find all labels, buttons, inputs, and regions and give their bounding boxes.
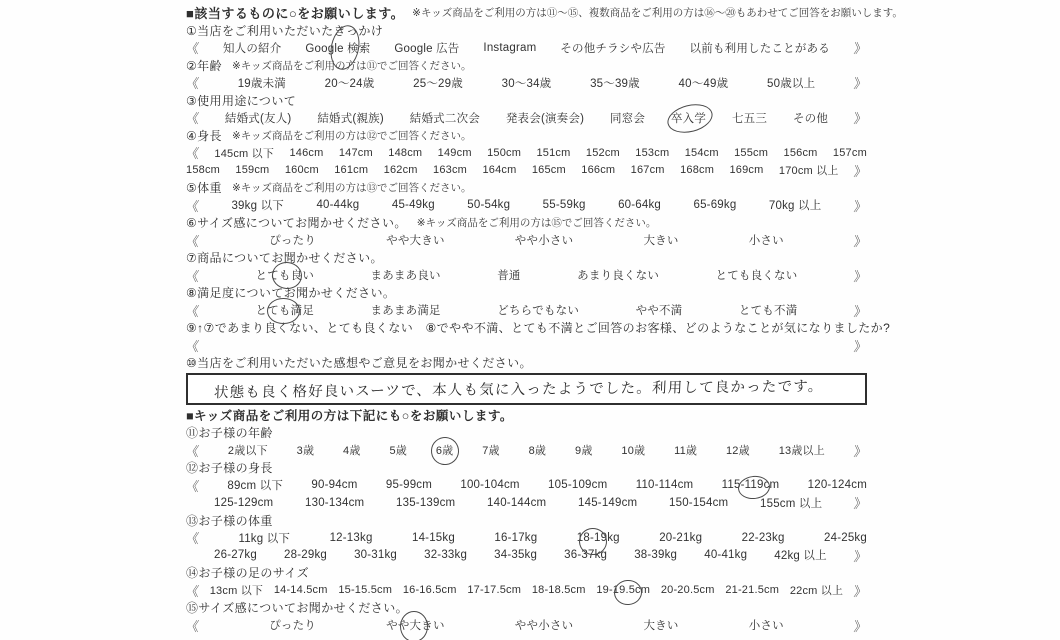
option: 26-27kg	[214, 549, 257, 561]
option: 100-104cm	[460, 479, 519, 491]
open-bracket: 《	[185, 143, 200, 162]
question-label: ⑭お子様の足のサイズ	[186, 564, 309, 581]
handwritten-comment: 状態も良く格好良いスーツで、本人も気に入ったようでした。利用して良かったです。	[214, 375, 824, 402]
options-row: 《とても良いまあまあ良い普通あまり良くないとても良くない》	[186, 267, 867, 285]
option: やや小さい	[515, 232, 574, 248]
option: 89cm 以下	[227, 477, 283, 493]
question-label-line: ⑦商品についてお聞かせください。	[186, 249, 867, 267]
option: 150cm	[487, 147, 521, 159]
close-bracket: 》	[853, 493, 868, 512]
option: 50歳以上	[767, 75, 815, 91]
options-row: 125-129cm130-134cm135-139cm140-144cm145-…	[186, 494, 867, 512]
option: あまり良くない	[577, 267, 659, 283]
option: 10歳	[621, 442, 645, 458]
scanned-survey-sheet: ■該当するものに○をお願いします。 ※キッズ商品をご利用の方は⑪～⑮、複数商品を…	[0, 0, 1060, 640]
option-circled: Google 検索	[305, 40, 370, 56]
option-circled: やや大きい	[386, 617, 445, 633]
options-row: 《39kg 以下40-44kg45-49kg50-54kg55-59kg60-6…	[186, 197, 867, 215]
question-label-line: ⑫お子様の身長	[186, 459, 867, 477]
option: まあまあ良い	[371, 267, 441, 283]
option: 16-16.5cm	[403, 584, 457, 596]
option: 34-35kg	[494, 549, 537, 561]
options-row: 《13cm 以下14-14.5cm15-15.5cm16-16.5cm17-17…	[186, 582, 867, 600]
option: 13歳以上	[779, 442, 825, 458]
option: 大きい	[643, 232, 678, 248]
option: その他	[793, 110, 828, 126]
option: とても不満	[739, 302, 798, 318]
option: Google 広告	[394, 40, 459, 56]
option-circled: 卒入学	[671, 110, 706, 126]
options-row: 《とても満足まあまあ満足どちらでもないやや不満とても不満》	[186, 302, 867, 320]
option: 大きい	[643, 617, 678, 633]
option: 120-124cm	[808, 479, 867, 491]
question-label-line: ⑧満足度についてお聞かせください。	[186, 284, 867, 302]
open-bracket: 《	[185, 441, 200, 460]
open-bracket: 《	[185, 108, 200, 127]
question-q2: ②年齢※キッズ商品をご利用の方は⑪でご回答ください。《19歳未満20～24歳25…	[186, 57, 867, 92]
question-q8: ⑧満足度についてお聞かせください。《とても満足まあまあ満足どちらでもないやや不満…	[186, 284, 867, 319]
options-row: 《知人の紹介Google 検索Google 広告Instagramその他チラシや…	[186, 39, 867, 57]
option: 5歳	[389, 442, 407, 458]
open-bracket: 《	[185, 616, 200, 635]
options-row: 《結婚式(友人)結婚式(親族)結婚式二次会発表会(演奏会)同窓会卒入学七五三その…	[186, 109, 867, 127]
option: 154cm	[685, 147, 719, 159]
question-q12: ⑫お子様の身長《89cm 以下90-94cm95-99cm100-104cm10…	[186, 459, 867, 512]
question-note: ※キッズ商品をご利用の方は⑫でご回答ください。	[232, 128, 472, 143]
open-bracket: 《	[185, 231, 200, 250]
option: 130-134cm	[305, 497, 364, 509]
question-label: ⑪お子様の年齢	[186, 424, 273, 441]
option: 12歳	[726, 442, 750, 458]
option: 17-17.5cm	[467, 584, 521, 596]
option: 70kg 以上	[769, 197, 822, 213]
question-label-line: ⑩当店をご利用いただいた感想やご意見をお聞かせください。	[186, 354, 867, 372]
options-row: 《89cm 以下90-94cm95-99cm100-104cm105-109cm…	[186, 477, 867, 495]
options-row: 《19歳未満20～24歳25～29歳30～34歳35～39歳40～49歳50歳以…	[186, 74, 867, 92]
option: 161cm	[334, 164, 368, 176]
question-label: ⑩当店をご利用いただいた感想やご意見をお聞かせください。	[186, 354, 532, 371]
option: 結婚式(親族)	[317, 110, 384, 126]
option-circled: 6歳	[436, 442, 454, 458]
option: 14-15kg	[412, 532, 455, 544]
question-q11: ⑪お子様の年齢《2歳以下3歳4歳5歳6歳7歳8歳9歳10歳11歳12歳13歳以上…	[186, 424, 867, 459]
question-q9: ⑨↑⑦であまり良くない、とても良くない ⑧でやや不満、とても不満とご回答のお客様…	[186, 319, 867, 354]
option: 152cm	[586, 147, 620, 159]
close-bracket: 》	[853, 301, 868, 320]
options-row: 158cm159cm160cm161cm162cm163cm164cm165cm…	[186, 162, 867, 180]
close-bracket: 》	[853, 546, 868, 565]
option: 7歳	[482, 442, 500, 458]
option-circled: 115-119cm	[722, 479, 780, 491]
option: 七五三	[732, 110, 767, 126]
question-q10: ⑩当店をご利用いただいた感想やご意見をお聞かせください。状態も良く格好良いスーツ…	[186, 354, 867, 405]
option: ぴったり	[269, 617, 316, 633]
questions-part2: ⑪お子様の年齢《2歳以下3歳4歳5歳6歳7歳8歳9歳10歳11歳12歳13歳以上…	[186, 424, 867, 634]
option: 151cm	[536, 147, 570, 159]
option: 155cm	[734, 147, 768, 159]
option: 55-59kg	[543, 199, 586, 211]
question-label-line: ⑪お子様の年齢	[186, 424, 867, 442]
option: 40-41kg	[704, 549, 747, 561]
open-bracket: 《	[185, 38, 200, 57]
section1-header: ■該当するものに○をお願いします。 ※キッズ商品をご利用の方は⑪～⑮、複数商品を…	[186, 4, 867, 22]
option: 165cm	[532, 164, 566, 176]
option: 147cm	[339, 147, 373, 159]
option: 9歳	[575, 442, 593, 458]
option: 4歳	[343, 442, 361, 458]
question-label: ⑨↑⑦であまり良くない、とても良くない ⑧でやや不満、とても不満とご回答のお客様…	[186, 319, 890, 336]
option: 28-29kg	[284, 549, 327, 561]
questions-part1: ①当店をご利用いただいたきっかけ《知人の紹介Google 検索Google 広告…	[186, 22, 867, 405]
option: 140-144cm	[487, 497, 546, 509]
option: 同窓会	[610, 110, 645, 126]
close-bracket: 》	[853, 336, 868, 355]
option: 169cm	[729, 164, 763, 176]
option: 以前も利用したことがある	[690, 40, 830, 56]
question-note: ※キッズ商品をご利用の方は⑬でご回答ください。	[232, 180, 472, 195]
options-row: 《ぴったりやや大きいやや小さい大きい小さい》	[186, 232, 867, 250]
options-row: 《ぴったりやや大きいやや小さい大きい小さい》	[186, 617, 867, 635]
option: 163cm	[433, 164, 467, 176]
option: 153cm	[635, 147, 669, 159]
open-bracket: 《	[185, 73, 200, 92]
close-bracket: 》	[853, 73, 868, 92]
option: 22-23kg	[742, 532, 785, 544]
question-q1: ①当店をご利用いただいたきっかけ《知人の紹介Google 検索Google 広告…	[186, 22, 867, 57]
close-bracket: 》	[853, 581, 868, 600]
option: 38-39kg	[634, 549, 677, 561]
question-q3: ③使用用途について《結婚式(友人)結婚式(親族)結婚式二次会発表会(演奏会)同窓…	[186, 92, 867, 127]
option: 45-49kg	[392, 199, 435, 211]
options-row: 《11kg 以下12-13kg14-15kg16-17kg18-19kg20-2…	[186, 529, 867, 547]
option: 168cm	[680, 164, 714, 176]
question-label-line: ⑮サイズ感についてお聞かせください。	[186, 599, 867, 617]
question-q14: ⑭お子様の足のサイズ《13cm 以下14-14.5cm15-15.5cm16-1…	[186, 564, 867, 599]
option: 15-15.5cm	[338, 584, 392, 596]
option: 65-69kg	[693, 199, 736, 211]
option: 結婚式二次会	[410, 110, 480, 126]
option: どちらでもない	[497, 302, 579, 318]
question-q4: ④身長※キッズ商品をご利用の方は⑫でご回答ください。《145cm 以下146cm…	[186, 127, 867, 180]
option: 166cm	[581, 164, 615, 176]
option: やや小さい	[515, 617, 574, 633]
option: 110-114cm	[636, 479, 694, 491]
open-bracket: 《	[185, 196, 200, 215]
section2-header: ■キッズ商品をご利用の方は下記にも○をお願いします。	[186, 407, 867, 425]
option: やや不満	[636, 302, 683, 318]
question-label-line: ③使用用途について	[186, 92, 867, 110]
option: 157cm	[833, 147, 867, 159]
option: 8歳	[529, 442, 547, 458]
option: 32-33kg	[424, 549, 467, 561]
question-label-line: ⑭お子様の足のサイズ	[186, 564, 867, 582]
option: 155cm 以上	[760, 495, 822, 511]
question-label: ①当店をご利用いただいたきっかけ	[186, 22, 383, 39]
option: 148cm	[388, 147, 422, 159]
open-bracket: 《	[185, 581, 200, 600]
section1-note: ※キッズ商品をご利用の方は⑪～⑮、複数商品をご利用の方は⑯～⑳もあわせてご回答を…	[412, 5, 903, 20]
question-q6: ⑥サイズ感についてお聞かせください。※キッズ商品をご利用の方は⑮でご回答ください…	[186, 214, 867, 249]
option: 25～29歳	[413, 75, 463, 91]
question-q5: ⑤体重※キッズ商品をご利用の方は⑬でご回答ください。《39kg 以下40-44k…	[186, 179, 867, 214]
question-q7: ⑦商品についてお聞かせください。《とても良いまあまあ良い普通あまり良くないとても…	[186, 249, 867, 284]
option: 22cm 以上	[790, 582, 843, 598]
option: 105-109cm	[548, 479, 607, 491]
question-label-line: ⑬お子様の体重	[186, 512, 867, 530]
option: 146cm	[289, 147, 323, 159]
option: 40-44kg	[316, 199, 359, 211]
option: 156cm	[784, 147, 818, 159]
question-label: ③使用用途について	[186, 92, 296, 109]
option: 30～34歳	[502, 75, 552, 91]
options-row: 《145cm 以下146cm147cm148cm149cm150cm151cm1…	[186, 144, 867, 162]
option: 145-149cm	[578, 497, 637, 509]
option: 12-13kg	[330, 532, 373, 544]
option: やや大きい	[386, 232, 445, 248]
question-label: ⑫お子様の身長	[186, 459, 273, 476]
question-label: ⑤体重	[186, 179, 222, 196]
option: 結婚式(友人)	[225, 110, 292, 126]
option: 145cm 以下	[214, 145, 274, 161]
option: 3歳	[297, 442, 315, 458]
option: 159cm	[235, 164, 269, 176]
option: 162cm	[384, 164, 418, 176]
option: 50-54kg	[467, 199, 510, 211]
option: 20～24歳	[325, 75, 375, 91]
open-bracket: 《	[185, 528, 200, 547]
question-label-line: ⑨↑⑦であまり良くない、とても良くない ⑧でやや不満、とても不満とご回答のお客様…	[186, 319, 867, 337]
option: 11kg 以下	[238, 530, 290, 546]
option: 35～39歳	[590, 75, 640, 91]
option-circled: 18-19kg	[577, 532, 620, 544]
question-label: ⑦商品についてお聞かせください。	[186, 249, 383, 266]
option: 普通	[497, 267, 520, 283]
option: 24-25kg	[824, 532, 867, 544]
question-label: ⑥サイズ感についてお聞かせください。	[186, 214, 407, 231]
close-bracket: 》	[853, 441, 868, 460]
option: その他チラシや広告	[560, 40, 665, 56]
option: 135-139cm	[396, 497, 455, 509]
option: 150-154cm	[669, 497, 728, 509]
option: 19歳未満	[238, 75, 286, 91]
option: まあまあ満足	[371, 302, 441, 318]
option: 13cm 以下	[210, 582, 263, 598]
option: 小さい	[749, 617, 784, 633]
question-q15: ⑮サイズ感についてお聞かせください。《ぴったりやや大きいやや小さい大きい小さい》	[186, 599, 867, 634]
option: 95-99cm	[386, 479, 432, 491]
option: 158cm	[186, 164, 220, 176]
options-row: 《2歳以下3歳4歳5歳6歳7歳8歳9歳10歳11歳12歳13歳以上》	[186, 442, 867, 460]
option: 30-31kg	[354, 549, 397, 561]
option: 14-14.5cm	[274, 584, 328, 596]
open-bracket: 《	[185, 476, 200, 495]
comment-box: 状態も良く格好良いスーツで、本人も気に入ったようでした。利用して良かったです。	[186, 373, 867, 405]
close-bracket: 》	[853, 196, 868, 215]
option: 20-21kg	[659, 532, 702, 544]
option-circled: とても満足	[256, 302, 315, 318]
close-bracket: 》	[853, 38, 868, 57]
option: 90-94cm	[311, 479, 357, 491]
open-bracket: 《	[185, 301, 200, 320]
option: 21-21.5cm	[725, 584, 779, 596]
question-label-line: ⑤体重※キッズ商品をご利用の方は⑬でご回答ください。	[186, 179, 867, 197]
question-label-line: ④身長※キッズ商品をご利用の方は⑫でご回答ください。	[186, 127, 867, 145]
question-q13: ⑬お子様の体重《11kg 以下12-13kg14-15kg16-17kg18-1…	[186, 512, 867, 565]
close-bracket: 》	[853, 266, 868, 285]
option: 16-17kg	[494, 532, 537, 544]
option: 167cm	[631, 164, 665, 176]
option: 20-20.5cm	[661, 584, 715, 596]
close-bracket: 》	[853, 616, 868, 635]
question-note: ※キッズ商品をご利用の方は⑮でご回答ください。	[417, 215, 657, 230]
option: 知人の紹介	[223, 40, 282, 56]
option: 発表会(演奏会)	[506, 110, 584, 126]
option: 125-129cm	[214, 497, 273, 509]
question-note: ※キッズ商品をご利用の方は⑪でご回答ください。	[232, 58, 472, 73]
option: 2歳以下	[228, 442, 268, 458]
question-label: ⑬お子様の体重	[186, 512, 273, 529]
option: 36-37kg	[564, 549, 607, 561]
option: 11歳	[674, 442, 697, 458]
option: とても良くない	[716, 267, 798, 283]
open-bracket: 《	[185, 336, 200, 355]
options-row: 《》	[186, 337, 867, 355]
option: 39kg 以下	[231, 197, 284, 213]
option: 60-64kg	[618, 199, 661, 211]
option: 40～49歳	[679, 75, 729, 91]
close-bracket: 》	[853, 161, 868, 180]
open-bracket: 《	[185, 266, 200, 285]
close-bracket: 》	[853, 108, 868, 127]
option: 149cm	[438, 147, 472, 159]
option: 160cm	[285, 164, 319, 176]
option: 42kg 以上	[774, 547, 827, 563]
close-bracket: 》	[853, 231, 868, 250]
option: Instagram	[483, 42, 536, 54]
question-label: ②年齢	[186, 57, 222, 74]
option-circled: 19-19.5cm	[596, 584, 650, 596]
option: 170cm 以上	[779, 162, 839, 178]
question-label-line: ②年齢※キッズ商品をご利用の方は⑪でご回答ください。	[186, 57, 867, 75]
options-row: 26-27kg28-29kg30-31kg32-33kg34-35kg36-37…	[186, 547, 867, 565]
question-label-line: ⑥サイズ感についてお聞かせください。※キッズ商品をご利用の方は⑮でご回答ください…	[186, 214, 867, 232]
section2-title: ■キッズ商品をご利用の方は下記にも○をお願いします。	[186, 406, 513, 424]
question-label: ④身長	[186, 127, 222, 144]
option: 小さい	[749, 232, 784, 248]
question-label: ⑧満足度についてお聞かせください。	[186, 284, 395, 301]
option: ぴったり	[269, 232, 316, 248]
option: 164cm	[482, 164, 516, 176]
section1-title: ■該当するものに○をお願いします。	[186, 3, 404, 22]
option-circled: とても良い	[256, 267, 315, 283]
question-label: ⑮サイズ感についてお聞かせください。	[186, 599, 408, 616]
option: 18-18.5cm	[532, 584, 586, 596]
question-label-line: ①当店をご利用いただいたきっかけ	[186, 22, 867, 40]
